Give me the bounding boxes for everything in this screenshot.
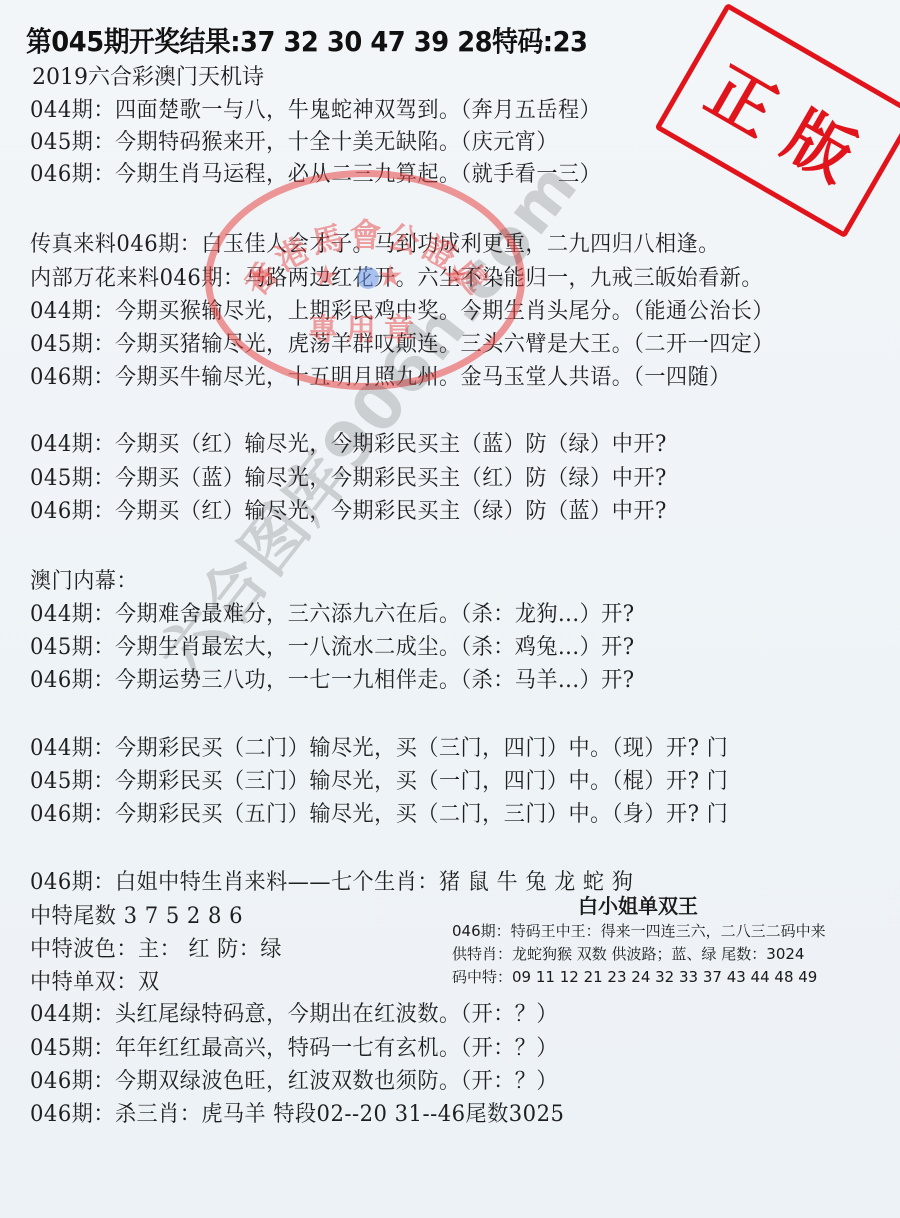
- color-line: 044期：今期买（红）输尽光，今期彩民买主（蓝）防（绿）中开?: [30, 430, 667, 460]
- insider-line: 044期：今期难舍最难分，三六添九六在后。（杀：龙狗...）开?: [30, 600, 635, 630]
- final-line: 046期：杀三肖：虎马羊 特段02--20 31--46尾数3025: [30, 1100, 564, 1130]
- color-line: 046期：今期买（红）输尽光，今期彩民买主（绿）防（蓝）中开?: [30, 497, 667, 527]
- final-line: 044期：头红尾绿特码意，今期出在红波数。（开：？）: [30, 1000, 558, 1030]
- authentic-stamp-icon: 正 版: [654, 3, 900, 239]
- fax-line: 传真来料046期：白玉佳人会才子。马到功成利更重，二九四归八相逢。: [30, 230, 720, 260]
- insider-line: 046期：今期运势三八功，一七一九相伴走。（杀：马羊...）开?: [30, 666, 635, 696]
- draw-result-headline: 第045期开奖结果:37 32 30 47 39 28特码:23: [26, 24, 588, 60]
- insider-title: 澳门内幕：: [30, 567, 138, 597]
- wave-color: 中特波色：主： 红 防：绿: [30, 935, 282, 965]
- side-box-title: 白小姐单双王: [450, 892, 900, 920]
- tail-numbers: 中特尾数 3 7 5 2 8 6: [30, 902, 243, 932]
- poem-line: 046期：今期生肖马运程，必从二三九算起。（就手看一三）: [30, 160, 601, 190]
- door-line: 044期：今期彩民买（二门）输尽光，买（三门，四门）中。（现）开? 门: [30, 734, 728, 764]
- side-box-line: 046期：特码王中王：得来一四连三六，二八三二码中来: [450, 920, 900, 943]
- odd-even: 中特单双：双: [30, 968, 160, 998]
- final-line: 046期：今期双绿波色旺，红波双数也须防。（开：？）: [30, 1067, 558, 1097]
- fax-line: 046期：今期买牛输尽光，十五明月照九州。金马玉堂人共语。（一四随）: [30, 363, 731, 393]
- poem-line: 045期：今期特码猴来开，十全十美无缺陷。（庆元宵）: [30, 128, 558, 158]
- side-box-line: 供特肖：龙蛇狗猴 双数 供波路；蓝、绿 尾数：3024: [450, 943, 900, 966]
- side-box-line: 码中特：09 11 12 21 23 24 32 33 37 43 44 48 …: [450, 966, 900, 989]
- door-line: 045期：今期彩民买（三门）输尽光，买（一门，四门）中。（棍）开? 门: [30, 767, 728, 797]
- insider-line: 045期：今期生肖最宏大，一八流水二成尘。（杀：鸡兔...）开?: [30, 633, 635, 663]
- fax-line: 内部万花来料046期：马路两边红花开。六尘不染能归一，九戒三皈始看新。: [30, 264, 763, 294]
- final-line: 045期：年年红红最高兴，特码一七有玄机。（开：？）: [30, 1034, 558, 1064]
- fax-line: 044期：今期买猴输尽光，上期彩民鸡中奖。今期生肖头尾分。（能通公治长）: [30, 297, 774, 327]
- fax-line: 045期：今期买猪输尽光，虎荡羊群叹颠连。三头六臂是大王。（二开一四定）: [30, 330, 774, 360]
- single-double-box: 白小姐单双王 046期：特码王中王：得来一四连三六，二八三二码中来 供特肖：龙蛇…: [450, 892, 900, 989]
- door-line: 046期：今期彩民买（五门）输尽光，买（二门，三门）中。（身）开? 门: [30, 800, 728, 830]
- poem-line: 044期：四面楚歌一与八，牛鬼蛇神双驾到。（奔月五岳程）: [30, 96, 601, 126]
- lottery-sheet: 第045期开奖结果:37 32 30 47 39 28特码:23 2019六合彩…: [0, 0, 900, 1218]
- color-line: 045期：今期买（蓝）输尽光，今期彩民买主（红）防（绿）中开?: [30, 464, 667, 494]
- poem-title: 2019六合彩澳门天机诗: [32, 64, 264, 92]
